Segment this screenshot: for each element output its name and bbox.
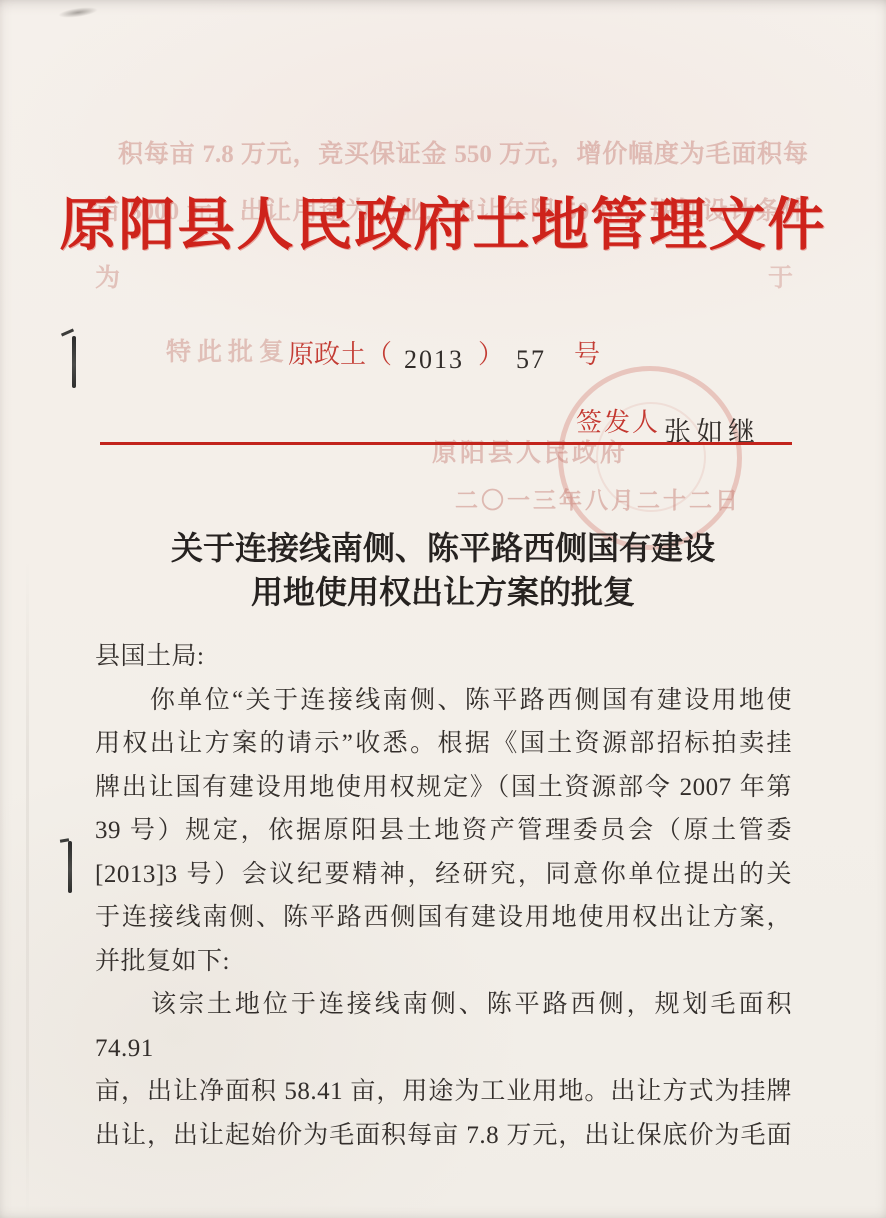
body-line: 并批复如下:	[95, 940, 792, 984]
document-body: 县国土局: 你单位“关于连接线南侧、陈平路西侧国有建设用地使 用权出让方案的请示…	[95, 635, 792, 1157]
scanned-document-page: 积每亩 7.8 万元，竞买保证金 550 万元，增价幅度为毛面积每 亩 5000…	[0, 0, 886, 1218]
document-title: 关于连接线南侧、陈平路西侧国有建设 用地使用权出让方案的批复	[0, 526, 886, 614]
letterhead-title: 原阳县人民政府土地管理文件	[0, 184, 886, 268]
body-line: 于连接线南侧、陈平路西侧国有建设用地使用权出让方案，	[95, 896, 792, 940]
document-number-serial: 57	[516, 345, 546, 374]
document-number-close-paren: ）	[478, 340, 504, 369]
document-number: 原政土（2013）57号	[288, 334, 600, 371]
body-line: 39 号）规定，依据原阳县土地资产管理委员会（原土管委	[95, 809, 792, 853]
body-line: 牌出让国有建设用地使用权规定》（国土资源部令 2007 年第	[95, 766, 792, 810]
body-line-salutation: 县国土局:	[95, 635, 792, 679]
red-divider-line	[100, 442, 792, 445]
body-line: 用权出让方案的请示”收悉。根据《国土资源部招标拍卖挂	[95, 722, 792, 766]
document-title-line-2: 用地使用权出让方案的批复	[0, 570, 886, 614]
body-line: [2013]3 号）会议纪要精神，经研究，同意你单位提出的关	[95, 853, 792, 897]
body-line: 亩，出让净面积 58.41 亩，用途为工业用地。出让方式为挂牌	[95, 1070, 792, 1114]
staple-mark-top	[72, 336, 76, 388]
staple-mark-bottom	[68, 841, 72, 893]
bleedthrough-approval-note: 特此批复	[166, 332, 290, 368]
bleedthrough-issue-date: 二〇一三年八月二十二日	[455, 482, 741, 515]
scan-artifact-smudge	[58, 5, 99, 19]
body-line: 出让，出让起始价为毛面积每亩 7.8 万元，出让保底价为毛面	[95, 1114, 792, 1158]
document-number-year: 2013	[404, 345, 464, 374]
paper-crease	[26, 560, 29, 1218]
body-line: 该宗土地位于连接线南侧、陈平路西侧，规划毛面积 74.91	[95, 983, 792, 1070]
bleedthrough-text-line-1: 积每亩 7.8 万元，竞买保证金 550 万元，增价幅度为毛面积每	[118, 134, 808, 170]
body-line: 你单位“关于连接线南侧、陈平路西侧国有建设用地使	[95, 679, 792, 723]
document-number-prefix: 原政土（	[288, 340, 392, 369]
signer-label: 签发人	[576, 402, 660, 439]
document-title-line-1: 关于连接线南侧、陈平路西侧国有建设	[0, 526, 886, 570]
document-number-suffix: 号	[574, 340, 600, 369]
